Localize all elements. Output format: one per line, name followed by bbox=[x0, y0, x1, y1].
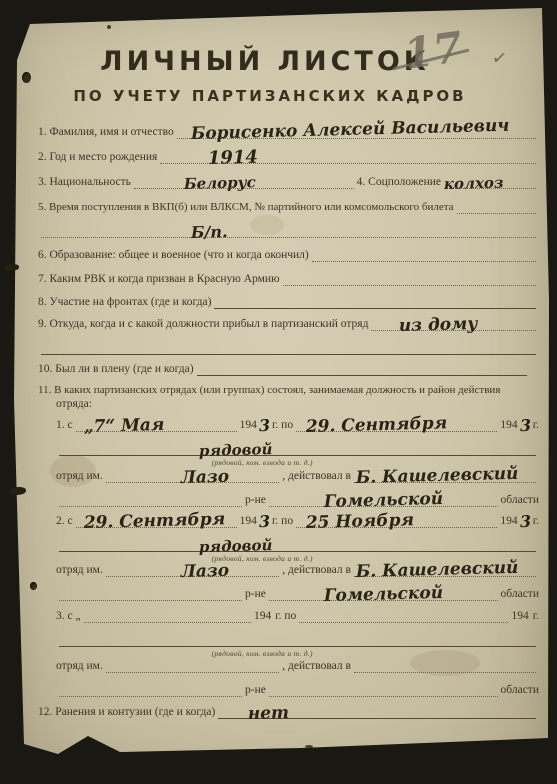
field-8-line bbox=[214, 294, 536, 309]
entry-3-rank-line: (рядовой, ком. взвода и т. д.) bbox=[59, 632, 536, 647]
field-10-label: 10. Был ли в плену (где и когда) bbox=[38, 362, 194, 376]
entry-1-year-2-handwritten: 3 bbox=[519, 419, 531, 434]
field-11-label: 11. В каких партизанских отрядах (или гр… bbox=[38, 383, 500, 397]
field-9-continuation-row bbox=[38, 340, 539, 355]
entry-2-year-2-handwritten: 3 bbox=[519, 515, 531, 530]
entry-2-g-po-label: г. по bbox=[272, 514, 293, 528]
field-5-label: 5. Время поступления в ВКП(б) или ВЛКСМ,… bbox=[38, 200, 454, 214]
entry-3-acted-line bbox=[354, 658, 536, 673]
entry-2-to-value: 25 Ноября bbox=[306, 513, 415, 530]
entry-3-g-label: г. bbox=[533, 609, 539, 623]
entry-3-district-row: р-не области bbox=[56, 682, 539, 697]
entry-1-oblast-label: области bbox=[501, 493, 539, 507]
field-10-line bbox=[197, 361, 527, 376]
field-9-row: 9. Откуда, когда и с какой должности при… bbox=[38, 316, 539, 331]
field-8-row: 8. Участие на фронтах (где и когда) bbox=[38, 294, 539, 309]
field-7-row: 7. Каким РВК и когда призван в Красную А… bbox=[38, 271, 539, 286]
entry-1-rank-row: рядовой (рядовой, ком. взвода и т. д.) bbox=[56, 441, 539, 456]
entry-2-dates-row: 2. с 29. Сентября 1943г. по 25 Ноября 19… bbox=[56, 513, 539, 528]
entry-1-g-po-label: г. по bbox=[272, 418, 293, 432]
pencil-check-mark: ✓ bbox=[491, 47, 509, 70]
entry-3-rank-row: (рядовой, ком. взвода и т. д.) bbox=[56, 632, 539, 647]
field-2-value: 1914 bbox=[208, 151, 258, 166]
field-2-row: 2. Год и место рождения 1914 bbox=[38, 149, 539, 164]
field-5-line bbox=[457, 199, 536, 214]
field-6-label: 6. Образование: общее и военное (что и к… bbox=[38, 248, 309, 262]
field-5-row: 5. Время поступления в ВКП(б) или ВЛКСМ,… bbox=[38, 199, 539, 214]
entry-1-district-leadline bbox=[59, 492, 242, 507]
entry-2-rank-row: рядовой (рядовой, ком. взвода и т. д.) bbox=[56, 537, 539, 552]
entry-2-acted-label: , действовал в bbox=[282, 563, 351, 577]
entry-3-otryad-row: отряд им. , действовал в bbox=[56, 658, 539, 673]
entry-2-otryad-label: отряд им. bbox=[56, 563, 103, 577]
entry-1-district-row: р-не Гомельской области bbox=[56, 492, 539, 507]
entry-1-district-line: Гомельской bbox=[269, 492, 498, 507]
field-11-label-2: отряда: bbox=[56, 397, 92, 411]
entry-1-rank-line: рядовой (рядовой, ком. взвода и т. д.) bbox=[59, 441, 536, 456]
field-3-value: Белорус bbox=[184, 175, 256, 191]
field-1-value: Борисенко Алексей Васильевич bbox=[190, 119, 509, 141]
entry-1-otryad-line: Лазо bbox=[106, 468, 279, 483]
entry-1-from-line: „7“ Мая bbox=[76, 417, 237, 432]
field-3-label: 3. Национальность bbox=[38, 175, 131, 189]
entry-2-year-2-printed: 194 bbox=[500, 514, 517, 528]
field-12-line: нет bbox=[218, 704, 536, 719]
field-7-label: 7. Каким РВК и когда призван в Красную А… bbox=[38, 272, 280, 286]
entry-1-otryad-label: отряд им. bbox=[56, 469, 103, 483]
scanned-document: ЛИЧНЫЙ ЛИСТОК 17 ✓ ПО УЧЕТУ ПАРТИЗАНСКИХ… bbox=[0, 0, 557, 784]
entry-2-year-1-handwritten: 3 bbox=[259, 515, 271, 530]
entry-2-oblast-label: области bbox=[501, 587, 539, 601]
field-5-continuation-row: Б/п. bbox=[38, 223, 539, 238]
entry-3-start-label: 3. с „ bbox=[56, 609, 81, 623]
field-3-line: Белорус bbox=[134, 174, 354, 189]
pencil-page-number: 17 bbox=[401, 22, 466, 79]
entry-2-district-leadline bbox=[59, 586, 242, 601]
entry-1-g-label: г. bbox=[533, 418, 539, 432]
entry-1-rne-label: р-не bbox=[245, 493, 266, 507]
field-4-value: колхоз bbox=[444, 175, 504, 191]
entry-1-start-label: 1. с bbox=[56, 418, 73, 432]
field-9-line: из дому bbox=[371, 316, 536, 331]
entry-2-otryad-row: отряд им. Лазо , действовал в Б. Кашелев… bbox=[56, 562, 539, 577]
entry-3-year-1-printed: 194 bbox=[254, 609, 271, 623]
field-7-line bbox=[283, 271, 536, 286]
entry-2-start-label: 2. с bbox=[56, 514, 73, 528]
entry-3-otryad-line bbox=[106, 658, 279, 673]
entry-2-from-value: 29. Сентября bbox=[83, 512, 225, 530]
entry-3-oblast-label: области bbox=[501, 683, 539, 697]
entry-2-district-value: Гомельской bbox=[323, 586, 443, 603]
field-12-value: нет bbox=[248, 706, 290, 721]
entry-2-g-label: г. bbox=[533, 514, 539, 528]
entry-3-from-line bbox=[84, 608, 251, 623]
field-9-value: из дому bbox=[399, 317, 478, 333]
entry-2-rne-label: р-не bbox=[245, 587, 266, 601]
entry-2-acted-value: Б. Кашелевский bbox=[356, 561, 519, 579]
field-11-row: 11. В каких партизанских отрядах (или гр… bbox=[38, 383, 539, 397]
field-9-line-2 bbox=[41, 340, 536, 355]
punch-hole bbox=[22, 72, 31, 83]
entry-3-year-2-printed: 194 bbox=[511, 609, 528, 623]
entry-1-otryad-row: отряд им. Лазо , действовал в Б. Кашелев… bbox=[56, 468, 539, 483]
entry-1-acted-label: , действовал в bbox=[282, 469, 351, 483]
page-subtitle: ПО УЧЕТУ ПАРТИЗАНСКИХ КАДРОВ bbox=[55, 87, 485, 105]
field-4-line: колхоз bbox=[444, 174, 536, 189]
entry-3-acted-label: , действовал в bbox=[282, 659, 351, 673]
entry-2-district-line: Гомельской bbox=[269, 586, 498, 601]
entry-3-rne-label: р-не bbox=[245, 683, 266, 697]
field-9-label: 9. Откуда, когда и с какой должности при… bbox=[38, 317, 368, 331]
field-3-4-row: 3. Национальность Белорус 4. Соцположени… bbox=[38, 174, 539, 189]
entry-3-district-line bbox=[269, 682, 498, 697]
field-6-line bbox=[312, 247, 536, 262]
field-1-line: Борисенко Алексей Васильевич bbox=[177, 124, 536, 139]
field-2-line: 1914 bbox=[160, 149, 536, 164]
field-12-label: 12. Ранения и контузии (где и когда) bbox=[38, 705, 215, 719]
entry-1-acted-line: Б. Кашелевский bbox=[354, 468, 536, 483]
field-4-label: 4. Соцположение bbox=[357, 175, 441, 189]
field-8-label: 8. Участие на фронтах (где и когда) bbox=[38, 295, 211, 309]
entry-2-to-line: 25 Ноября bbox=[296, 513, 497, 528]
field-10-row: 10. Был ли в плену (где и когда) bbox=[38, 361, 539, 376]
entry-2-otryad-value: Лазо bbox=[180, 564, 229, 579]
field-5-value: Б/п. bbox=[191, 225, 228, 240]
entry-2-from-line: 29. Сентября bbox=[76, 513, 237, 528]
entry-1-to-value: 29. Сентября bbox=[306, 416, 448, 434]
entry-1-dates-row: 1. с „7“ Мая 1943г. по 29. Сентября 1943… bbox=[56, 417, 539, 432]
field-5-line-2: Б/п. bbox=[41, 223, 536, 238]
entry-2-year-1-printed: 194 bbox=[240, 514, 257, 528]
punch-hole bbox=[30, 582, 37, 590]
entry-1-year-1-printed: 194 bbox=[240, 418, 257, 432]
entry-1-acted-value: Б. Кашелевский bbox=[356, 467, 519, 485]
field-11-row-2: отряда: bbox=[38, 397, 539, 411]
field-12-row: 12. Ранения и контузии (где и когда) нет bbox=[38, 704, 539, 719]
entry-3-dates-row: 3. с „ 194г. по 194г. bbox=[56, 608, 539, 623]
entry-2-district-row: р-не Гомельской области bbox=[56, 586, 539, 601]
entry-3-to-line bbox=[299, 608, 508, 623]
speck bbox=[305, 745, 313, 748]
entry-1-to-line: 29. Сентября bbox=[296, 417, 497, 432]
field-1-row: 1. Фамилия, имя и отчество Борисенко Але… bbox=[38, 124, 539, 139]
entry-1-year-1-handwritten: 3 bbox=[259, 419, 271, 434]
field-2-label: 2. Год и место рождения bbox=[38, 150, 157, 164]
entry-2-acted-line: Б. Кашелевский bbox=[354, 562, 536, 577]
entry-1-year-2-printed: 194 bbox=[500, 418, 517, 432]
entry-3-otryad-label: отряд им. bbox=[56, 659, 103, 673]
entry-2-otryad-line: Лазо bbox=[106, 562, 279, 577]
entry-2-rank-line: рядовой (рядовой, ком. взвода и т. д.) bbox=[59, 537, 536, 552]
entry-1-otryad-value: Лазо bbox=[180, 470, 229, 485]
entry-3-district-leadline bbox=[59, 682, 242, 697]
speck bbox=[107, 25, 111, 29]
entry-1-district-value: Гомельской bbox=[323, 492, 443, 509]
field-1-label: 1. Фамилия, имя и отчество bbox=[38, 125, 174, 139]
page-title: ЛИЧНЫЙ ЛИСТОК bbox=[70, 46, 460, 77]
entry-1-from-value: „7“ Мая bbox=[83, 418, 164, 434]
field-6-row: 6. Образование: общее и военное (что и к… bbox=[38, 247, 539, 262]
entry-3-g-po-label: г. по bbox=[275, 609, 296, 623]
